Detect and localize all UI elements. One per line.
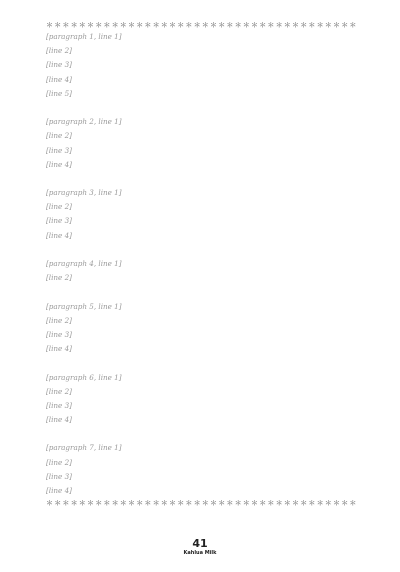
text-line: [line 3] (46, 144, 358, 158)
top-asterisk-rule: ＊＊＊＊＊＊＊＊＊＊＊＊＊＊＊＊＊＊＊＊＊＊＊＊＊＊＊＊＊＊＊＊＊＊＊＊＊＊＊＊… (46, 20, 358, 30)
paragraph: [paragraph 7, line 1][line 2][line 3][li… (46, 441, 358, 498)
text-line: [line 3] (46, 58, 358, 72)
text-line: [line 2] (46, 200, 358, 214)
text-page: ＊＊＊＊＊＊＊＊＊＊＊＊＊＊＊＊＊＊＊＊＊＊＊＊＊＊＊＊＊＊＊＊＊＊＊＊＊＊＊＊… (46, 20, 358, 508)
text-line: [line 4] (46, 413, 358, 427)
text-line: [line 4] (46, 484, 358, 498)
paragraph-gap (46, 356, 358, 370)
text-line: [line 2] (46, 385, 358, 399)
footer-title: Kahlua Milk (0, 550, 400, 557)
paragraph: [paragraph 3, line 1][line 2][line 3][li… (46, 186, 358, 243)
text-line: [line 3] (46, 328, 358, 342)
body-text: [paragraph 1, line 1][line 2][line 3][li… (46, 30, 358, 498)
paragraph-gap (46, 285, 358, 299)
paragraph: [paragraph 6, line 1][line 2][line 3][li… (46, 371, 358, 428)
text-line: [line 2] (46, 456, 358, 470)
text-line: [line 2] (46, 314, 358, 328)
text-line: [line 4] (46, 229, 358, 243)
bottom-asterisk-rule: ＊＊＊＊＊＊＊＊＊＊＊＊＊＊＊＊＊＊＊＊＊＊＊＊＊＊＊＊＊＊＊＊＊＊＊＊＊＊＊＊… (46, 498, 358, 508)
text-line: [paragraph 2, line 1] (46, 115, 358, 129)
paragraph-gap (46, 243, 358, 257)
paragraph-gap (46, 101, 358, 115)
text-line: [line 4] (46, 158, 358, 172)
page-number: 41 (0, 538, 400, 550)
text-line: [line 2] (46, 44, 358, 58)
text-line: [line 2] (46, 271, 358, 285)
paragraph: [paragraph 1, line 1][line 2][line 3][li… (46, 30, 358, 101)
text-line: [paragraph 3, line 1] (46, 186, 358, 200)
paragraph-gap (46, 172, 358, 186)
paragraph-gap (46, 427, 358, 441)
text-line: [line 3] (46, 399, 358, 413)
text-line: [line 4] (46, 73, 358, 87)
page-footer: 41 Kahlua Milk (0, 538, 400, 557)
text-line: [paragraph 7, line 1] (46, 441, 358, 455)
paragraph: [paragraph 4, line 1][line 2] (46, 257, 358, 285)
text-line: [line 3] (46, 470, 358, 484)
text-line: [paragraph 4, line 1] (46, 257, 358, 271)
text-line: [line 2] (46, 129, 358, 143)
text-line: [paragraph 1, line 1] (46, 30, 358, 44)
text-line: [line 4] (46, 342, 358, 356)
paragraph: [paragraph 5, line 1][line 2][line 3][li… (46, 300, 358, 357)
text-line: [paragraph 5, line 1] (46, 300, 358, 314)
text-line: [paragraph 6, line 1] (46, 371, 358, 385)
text-line: [line 3] (46, 214, 358, 228)
paragraph: [paragraph 2, line 1][line 2][line 3][li… (46, 115, 358, 172)
text-line: [line 5] (46, 87, 358, 101)
